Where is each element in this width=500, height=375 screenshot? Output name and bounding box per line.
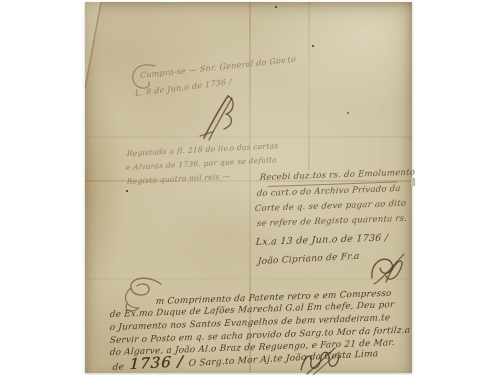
endorsement-line: Cumpra-se — Snr. General do Gov.to bbox=[140, 56, 296, 80]
horizontal-fold-crease-2 bbox=[85, 136, 412, 138]
final-rubric bbox=[297, 346, 342, 375]
vertical-fold-crease-2 bbox=[308, 2, 310, 170]
receipt-line: do cart.o do Archivo Privado da bbox=[256, 185, 401, 199]
registry-line: e Alvarás de 1736, por que se defalta bbox=[126, 156, 277, 171]
receipt-line: Corte de q. se deve pagar ao dito bbox=[254, 200, 406, 214]
receipt-line: se refere de Registo quarenta rs. bbox=[256, 215, 407, 229]
oath-date-year: 1736 / bbox=[129, 352, 184, 373]
oath-closing-text: O Sarg.to Mor Aj.te João da Costa Lima bbox=[188, 349, 378, 369]
receipt-signature: João Cipriano de Fr.a bbox=[258, 253, 360, 267]
manuscript-paper: Cumpra-se — Snr. General do Gov.to L. 8 … bbox=[85, 2, 412, 373]
receipt-line: Recebi duz.tos rs. do Emolumento bbox=[259, 169, 415, 183]
registry-line: Registo quatro mil reis — bbox=[127, 173, 230, 186]
ink-speck bbox=[312, 45, 314, 47]
receipt-signature-flourish bbox=[368, 248, 408, 286]
paper-edge-tab bbox=[411, 178, 415, 186]
receipt-date-line: Lx.a 13 de Jun.o de 1736 / bbox=[255, 233, 388, 247]
ink-speck bbox=[275, 6, 277, 8]
ink-speck bbox=[347, 112, 349, 114]
ink-speck bbox=[126, 190, 128, 192]
oath-date-prefix: de bbox=[112, 362, 124, 373]
corner-fold bbox=[85, 2, 117, 92]
photo-background: Cumpra-se — Snr. General do Gov.to L. 8 … bbox=[0, 0, 500, 375]
endorsement-rubric bbox=[198, 92, 240, 142]
